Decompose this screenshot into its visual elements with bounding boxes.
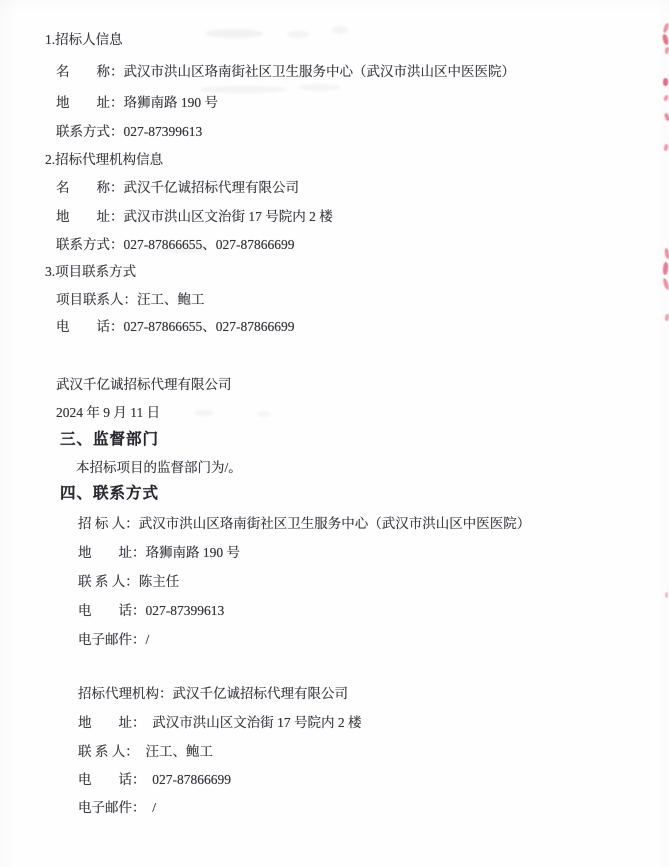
red-ink-mark: [662, 278, 669, 291]
agent-email-line: 电子邮件： /: [78, 799, 156, 817]
bidder-person-line: 联 系 人：陈主任: [78, 573, 179, 591]
scan-smudge: [199, 86, 287, 93]
red-ink-mark: [665, 592, 668, 598]
tenderer-address-line: 地 址：珞狮南路 190 号: [56, 94, 218, 112]
red-ink-mark: [663, 144, 669, 152]
project-phone-line: 电 话：027-87866655、027-87866699: [56, 318, 295, 336]
project-person-line: 项目联系人：汪工、鲍工: [56, 291, 205, 309]
scan-smudge: [287, 31, 309, 38]
red-ink-mark: [662, 262, 668, 275]
signature-date-line: 2024 年 9 月 11 日: [56, 404, 160, 422]
red-ink-mark: [664, 248, 669, 260]
bidder-address-line: 地 址：珞狮南路 190 号: [78, 544, 240, 562]
section1-header: 1.招标人信息: [45, 31, 123, 49]
signature-company-line: 武汉千亿诚招标代理有限公司: [56, 376, 232, 394]
scan-smudge: [205, 29, 263, 38]
bidder-name-line: 招 标 人：武汉市洪山区珞南街社区卫生服务中心（武汉市洪山区中医医院）: [78, 515, 530, 533]
agency-name-line: 名 称：武汉千亿诚招标代理有限公司: [56, 179, 299, 197]
agency-contact-line: 联系方式：027-87866655、027-87866699: [56, 236, 295, 254]
tenderer-contact-line: 联系方式：027-87399613: [56, 123, 202, 141]
bidder-phone-line: 电 话：027-87399613: [78, 602, 224, 620]
supervision-heading: 三、监督部门: [60, 431, 159, 449]
scan-smudge: [332, 26, 348, 34]
scan-smudge: [298, 84, 340, 91]
contact-heading: 四、联系方式: [60, 485, 159, 503]
red-ink-mark: [664, 47, 669, 55]
agent-address-line: 地 址： 武汉市洪山区文治街 17 号院内 2 楼: [78, 714, 362, 732]
red-ink-mark: [664, 314, 669, 322]
scanned-document-page: 1.招标人信息 名 称：武汉市洪山区珞南街社区卫生服务中心（武汉市洪山区中医医院…: [0, 0, 669, 867]
red-ink-mark: [663, 94, 669, 101]
agent-person-line: 联 系 人： 汪工、鲍工: [78, 743, 213, 761]
section2-header: 2.招标代理机构信息: [45, 151, 163, 169]
agency-address-line: 地 址：武汉市洪山区文治街 17 号院内 2 楼: [56, 208, 333, 226]
red-ink-mark: [663, 78, 668, 86]
supervision-body-line: 本招标项目的监督部门为/。: [76, 459, 242, 477]
scan-smudge: [194, 410, 214, 416]
bidder-email-line: 电子邮件：/: [78, 631, 149, 649]
section3-header: 3.项目联系方式: [45, 263, 136, 281]
red-ink-mark: [662, 23, 669, 34]
red-ink-mark: [662, 34, 669, 46]
scan-smudge: [257, 411, 271, 417]
agent-phone-line: 电 话： 027-87866699: [78, 771, 231, 789]
red-ink-mark: [664, 113, 669, 122]
agent-name-line: 招标代理机构：武汉千亿诚招标代理有限公司: [78, 685, 348, 703]
tenderer-name-line: 名 称：武汉市洪山区珞南街社区卫生服务中心（武汉市洪山区中医医院）: [56, 63, 515, 81]
